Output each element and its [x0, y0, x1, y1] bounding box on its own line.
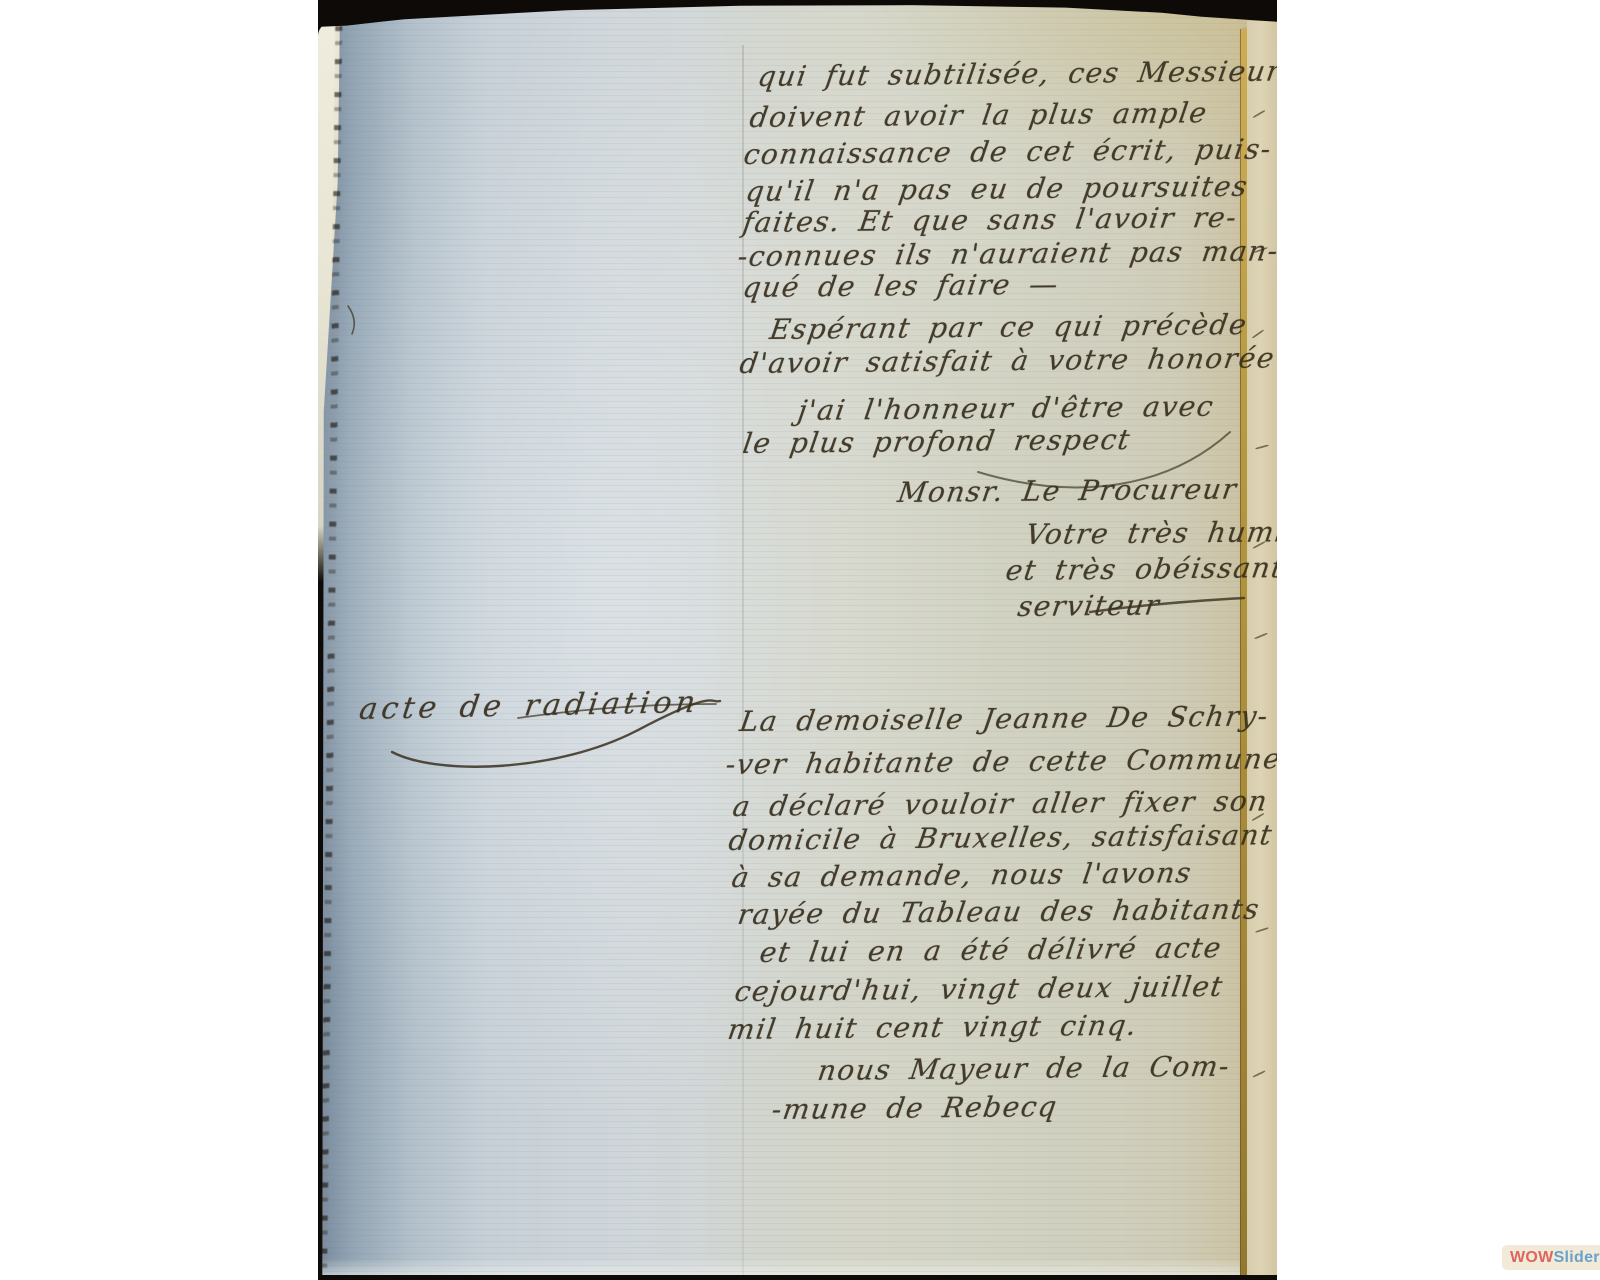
margin-note: acte de radiation — [357, 685, 701, 727]
adjacent-page-ink-fragment — [1255, 444, 1269, 450]
adjacent-page-ink-fragment — [1252, 1070, 1265, 1078]
page-fold-gold-edge — [1240, 29, 1247, 1276]
screenshot-canvas: acte de radiation qui fut subtilisée, ce… — [0, 0, 1600, 1280]
watermark-wow: WOW — [1510, 1249, 1554, 1267]
adjacent-page-ink-fragment — [1251, 813, 1264, 822]
wowslider-watermark[interactable]: WOWSlider — [1502, 1245, 1600, 1270]
book-page — [318, 5, 1277, 1276]
adjacent-page-ink-fragment — [1254, 247, 1268, 254]
backdrop-bottom — [318, 1275, 1277, 1280]
adjacent-page-ink-fragment — [1252, 329, 1265, 339]
adjacent-pages-edge — [1247, 21, 1277, 1276]
adjacent-page-ink-fragment — [1252, 541, 1265, 549]
adjacent-page-ink-fragment — [1252, 110, 1265, 119]
manuscript-photo: acte de radiation qui fut subtilisée, ce… — [318, 0, 1277, 1280]
adjacent-page-ink-fragment — [1254, 632, 1268, 639]
adjacent-page-ink-fragment — [1255, 927, 1269, 933]
page-crease — [742, 45, 744, 1276]
watermark-slider: Slider — [1554, 1249, 1600, 1267]
